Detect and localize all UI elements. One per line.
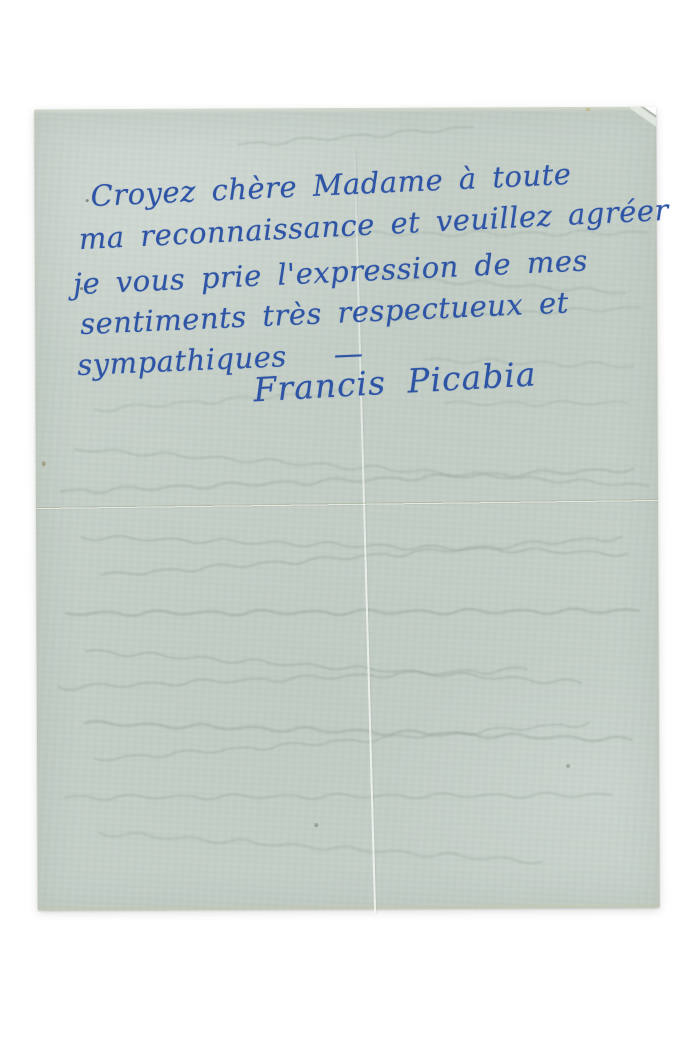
handwritten-text: Croyez chère Madame à toute ma reconnais… bbox=[34, 107, 659, 911]
letter-photograph: Croyez chère Madame à toute ma reconnais… bbox=[0, 0, 700, 1049]
letter-paper: Croyez chère Madame à toute ma reconnais… bbox=[34, 107, 659, 911]
